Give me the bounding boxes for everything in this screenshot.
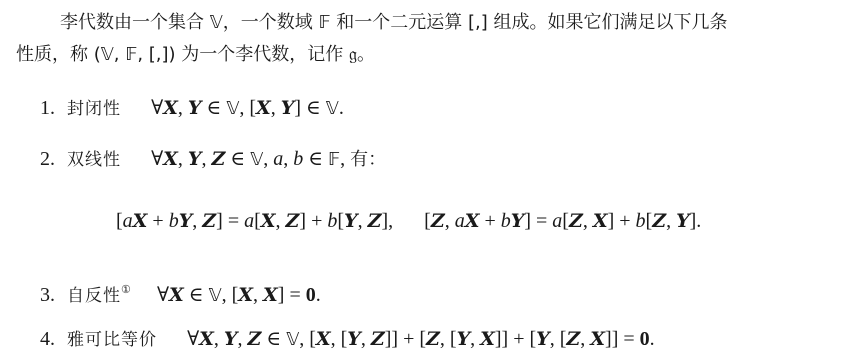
intro-line-1: 李代数由一个集合 𝕍，一个数域 𝔽 和一个二元运算 [,] 组成。如果它们满足以… [60, 11, 728, 35]
equation-left: [aX + bY, Z] = a[X, Z] + b[Y, Z], [116, 210, 393, 232]
property-name: 双线性 [67, 150, 121, 170]
footnote-marker: ① [121, 283, 131, 296]
property-item-reflexivity: 3. 自反性① ∀X ∈ 𝕍, [X, X] = 0. [40, 278, 321, 308]
property-formula: ∀X, Y, Z ∈ 𝕍, [X, [Y, Z]] + [Z, [Y, X]] … [187, 328, 655, 350]
property-name: 自反性 [67, 286, 121, 306]
property-formula: ∀X ∈ 𝕍, [X, X] = 0. [157, 284, 321, 306]
property-item-bilinearity: 2. 双线性 ∀X, Y, Z ∈ 𝕍, a, b ∈ 𝔽, 有： [40, 147, 386, 172]
intro-text-2: 性质，称 (𝕍, 𝔽, [,]) 为一个李代数，记作 𝔤。 [16, 44, 375, 65]
property-name: 雅可比等价 [67, 330, 157, 350]
property-formula: ∀X, Y ∈ 𝕍, [X, Y] ∈ 𝕍. [151, 97, 344, 119]
display-equation: [aX + bY, Z] = a[X, Z] + b[Y, Z], [Z, aX… [116, 209, 701, 233]
property-item-closure: 1. 封闭性 ∀X, Y ∈ 𝕍, [X, Y] ∈ 𝕍. [40, 96, 344, 121]
property-item-jacobi: 4. 雅可比等价 ∀X, Y, Z ∈ 𝕍, [X, [Y, Z]] + [Z,… [40, 327, 655, 352]
property-name: 封闭性 [67, 99, 121, 119]
item-number: 2. [40, 148, 55, 170]
item-number: 4. [40, 328, 55, 350]
item-number: 1. [40, 97, 55, 119]
intro-line-2: 性质，称 (𝕍, 𝔽, [,]) 为一个李代数，记作 𝔤。 [16, 43, 375, 67]
item-number: 3. [40, 284, 55, 306]
equation-right: [Z, aX + bY] = a[Z, X] + b[Z, Y]. [424, 210, 701, 232]
intro-text-1: 李代数由一个集合 𝕍，一个数域 𝔽 和一个二元运算 [,] 组成。如果它们满足以… [60, 12, 728, 33]
property-formula: ∀X, Y, Z ∈ 𝕍, a, b ∈ 𝔽, 有： [151, 148, 386, 170]
